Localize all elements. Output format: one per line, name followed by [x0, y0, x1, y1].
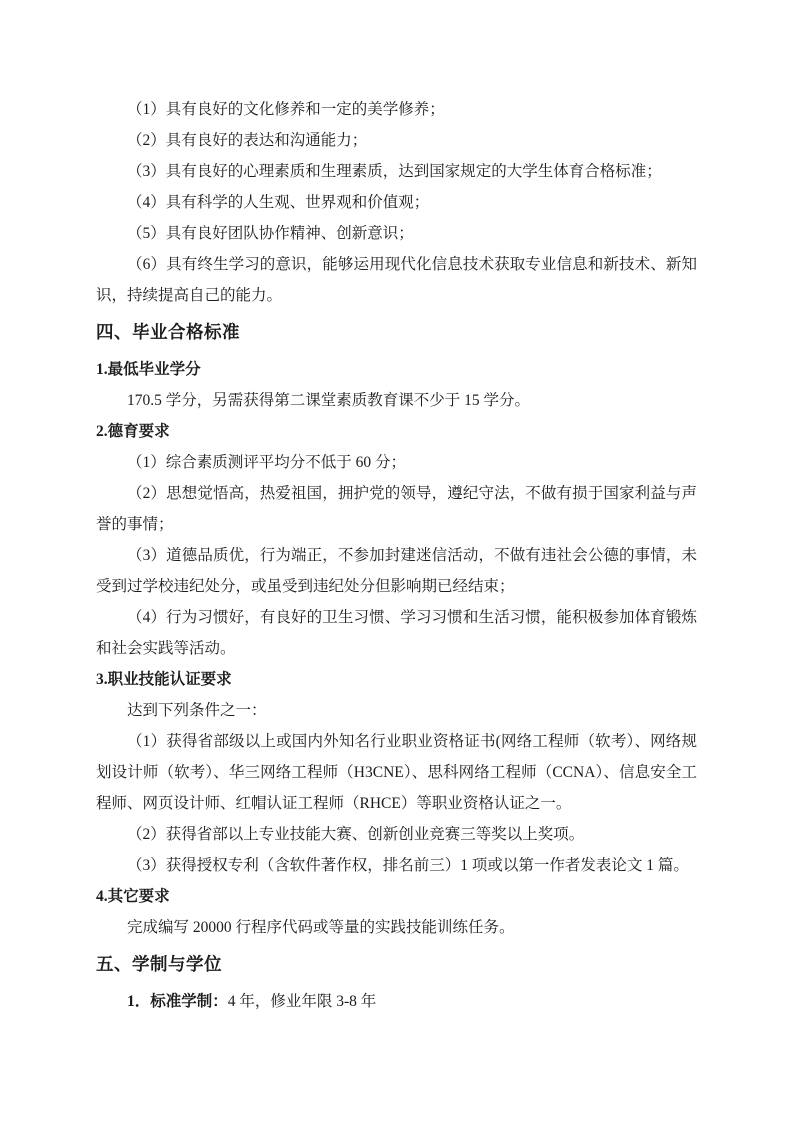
section-heading: 五、学制与学位 — [96, 949, 697, 980]
list-item: （2）获得省部以上专业技能大赛、创新创业竞赛三等奖以上奖项。 — [96, 819, 697, 850]
list-item: （6）具有终生学习的意识，能够运用现代化信息技术获取专业信息和新技术、新知识，持… — [96, 249, 697, 311]
subsection-heading: 3.职业技能认证要求 — [96, 664, 697, 695]
list-item: （3）具有良好的心理素质和生理素质，达到国家规定的大学生体育合格标准； — [96, 156, 697, 187]
numbered-item-lead: 1．标准学制： — [127, 993, 228, 1010]
list-item: （3）道德品质优，行为端正，不参加封建迷信活动，不做有违社会公德的事情，未受到过… — [96, 540, 697, 602]
list-item: （4）行为习惯好，有良好的卫生习惯、学习习惯和生活习惯，能积极参加体育锻炼和社会… — [96, 602, 697, 664]
list-item: （1）具有良好的文化修养和一定的美学修养； — [96, 94, 697, 125]
list-item: （5）具有良好团队协作精神、创新意识； — [96, 218, 697, 249]
section-heading: 四、毕业合格标准 — [96, 317, 697, 348]
subsection-heading: 2.德育要求 — [96, 416, 697, 447]
paragraph: 达到下列条件之一： — [96, 695, 697, 726]
document-page: （1）具有良好的文化修养和一定的美学修养； （2）具有良好的表达和沟通能力； （… — [0, 0, 793, 1122]
paragraph: 170.5 学分，另需获得第二课堂素质教育课不少于 15 学分。 — [96, 385, 697, 416]
subsection-heading: 1.最低毕业学分 — [96, 354, 697, 385]
list-item: （1）获得省部级以上或国内外知名行业职业资格证书(网络工程师（软考）、网络规划设… — [96, 726, 697, 819]
list-item: （2）具有良好的表达和沟通能力； — [96, 125, 697, 156]
document-body: （1）具有良好的文化修养和一定的美学修养； （2）具有良好的表达和沟通能力； （… — [96, 94, 697, 1017]
list-item: （3）获得授权专利（含软件著作权，排名前三）1 项或以第一作者发表论文 1 篇。 — [96, 850, 697, 881]
numbered-item: 1．标准学制：4 年，修业年限 3-8 年 — [96, 986, 697, 1017]
list-item: （2）思想觉悟高，热爱祖国，拥护党的领导，遵纪守法，不做有损于国家利益与声誉的事… — [96, 478, 697, 540]
subsection-heading: 4.其它要求 — [96, 881, 697, 912]
list-item: （4）具有科学的人生观、世界观和价值观； — [96, 187, 697, 218]
list-item: （1）综合素质测评平均分不低于 60 分； — [96, 447, 697, 478]
paragraph: 完成编写 20000 行程序代码或等量的实践技能训练任务。 — [96, 912, 697, 943]
numbered-item-rest: 4 年，修业年限 3-8 年 — [228, 993, 377, 1010]
